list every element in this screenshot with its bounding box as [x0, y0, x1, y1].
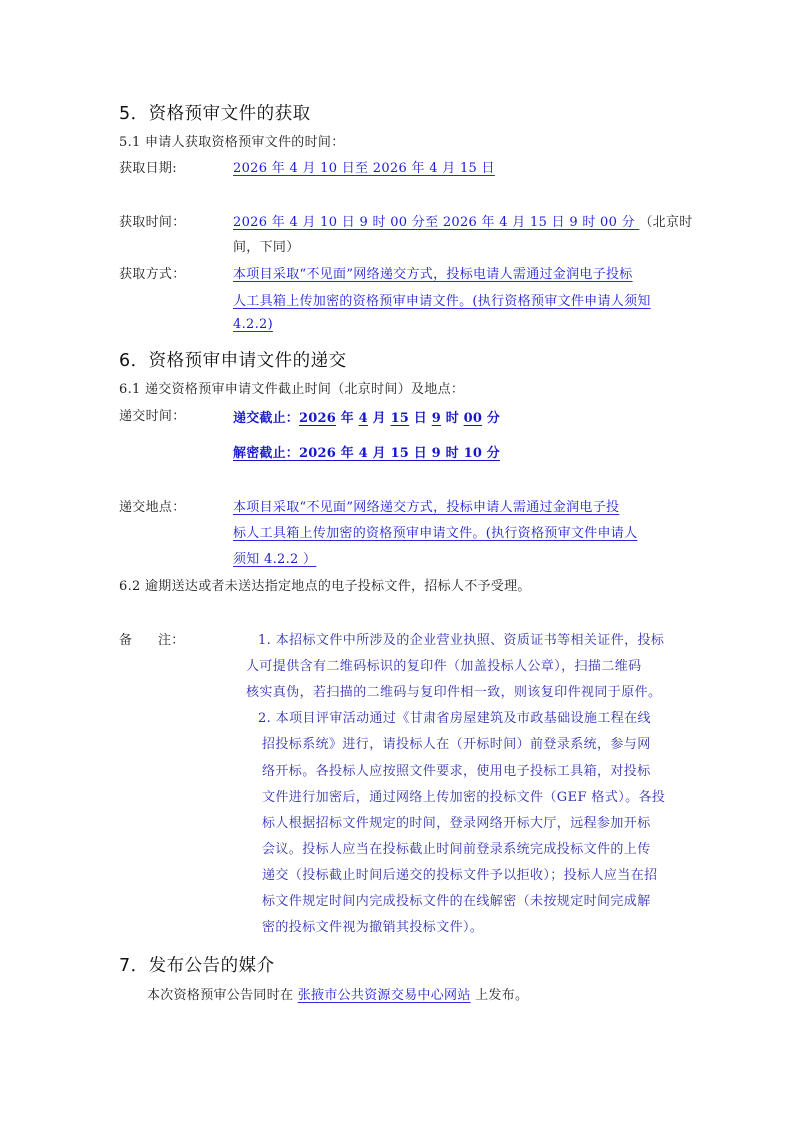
section-6-heading: 6．资格预审申请文件的递交 [119, 347, 347, 372]
submit-minute: 00 [464, 411, 483, 426]
place-link-line-1[interactable]: 本项目采取“不见面”网络递交方式，投标申请人需通过金润电子投 [233, 496, 619, 515]
remark-line-1: 1. 本招标文件中所涉及的企业营业执照、资质证书等相关证件，投标 [258, 629, 664, 648]
remark-line-10: 递交（投标截止时间后递交的投标文件予以拒收）；投标人应当在招 [262, 864, 658, 883]
place-link-line-2[interactable]: 标人工具箱上传加密的资格预审申请文件。(执行资格预审文件申请人 [233, 522, 637, 541]
year-unit: 年 [336, 411, 359, 426]
time-value-link[interactable]: 2026 年 4 月 10 日 9 时 00 分至 2026 年 4 月 15 … [233, 215, 639, 230]
remark-line-3: 核实真伪，若扫描的二维码与复印件相一致，则该复印件视同于原件。 [246, 681, 661, 700]
section-7-text-after: 上发布。 [471, 988, 529, 1003]
remark-line-8: 标人根据招标文件规定的时间，登录网络开标大厅，远程参加开标 [262, 812, 651, 831]
time-suffix-line2: 间，下同） [233, 236, 300, 255]
time-label: 获取时间： [119, 211, 186, 230]
place-link-line-3[interactable]: 须知 4.2.2 ） [233, 548, 316, 567]
remark-line-6: 络开标。各投标人应按照文件要求，使用电子投标工具箱，对投标 [262, 760, 651, 779]
minute-unit: 分 [482, 411, 500, 426]
submit-month: 4 [359, 411, 368, 426]
decrypt-deadline-link[interactable]: 解密截止：2026 年 4 月 15 日 9 时 10 分 [233, 442, 500, 461]
hour-unit: 时 [441, 411, 464, 426]
remark-line-11: 标文件规定时间内完成投标文件的在线解密（未按规定时间完成解 [262, 890, 651, 909]
remark-line-7: 文件进行加密后，通过网络上传加密的投标文件（GEF 格式）。各投 [262, 786, 665, 805]
section-7-heading: 7．发布公告的媒介 [119, 952, 275, 977]
date-value-link[interactable]: 2026 年 4 月 10 日至 2026 年 4 月 15 日 [233, 157, 495, 176]
time-suffix: （北京时 [639, 215, 692, 230]
method-link-line-2[interactable]: 人工具箱上传加密的资格预审申请文件。(执行资格预审文件申请人须知 [233, 290, 651, 309]
zhangye-public-resource-link[interactable]: 张掖市公共资源交易中心网站 [298, 988, 471, 1003]
day-unit: 日 [409, 411, 432, 426]
month-unit: 月 [368, 411, 391, 426]
submit-year: 2026 [299, 411, 336, 426]
remark-line-12: 密的投标文件视为撤销其投标文件）。 [262, 916, 483, 935]
remark-line-9: 会议。投标人应当在投标截止时间前登录系统完成投标文件的上传 [262, 838, 651, 857]
submit-day: 15 [391, 411, 410, 426]
section-7-text-before: 本次资格预审公告同时在 [147, 988, 298, 1003]
submit-time-label: 递交时间： [119, 405, 186, 424]
submit-deadline-prefix: 递交截止： [233, 411, 299, 426]
remark-line-4: 2. 本项目评审活动通过《甘肃省房屋建筑及市政基础设施工程在线 [258, 707, 651, 726]
section-7-text: 本次资格预审公告同时在 张掖市公共资源交易中心网站 上发布。 [147, 984, 528, 1003]
method-link-line-1[interactable]: 本项目采取“不见面”网络递交方式，投标电请人需通过金润电子投标 [233, 263, 633, 282]
section-5-heading: 5．资格预审文件的获取 [119, 100, 311, 125]
submit-deadline[interactable]: 递交截止：2026 年 4 月 15 日 9 时 00 分 [233, 407, 500, 426]
date-label: 获取日期: [119, 157, 177, 176]
remarks-label-1: 备 [119, 629, 132, 648]
section-6-2-text: 6.2 逾期送达或者未送达指定地点的电子投标文件，招标人不予受理。 [119, 575, 531, 594]
section-5-1-text: 5.1 申请人获取资格预审文件的时间： [119, 131, 345, 150]
method-label: 获取方式： [119, 263, 186, 282]
remark-line-2: 人可提供含有二维码标识的复印件（加盖投标人公章），扫描二维码 [246, 655, 642, 674]
remarks-label-2: 注： [158, 629, 185, 648]
submit-place-label: 递交地点： [119, 496, 186, 515]
method-link-line-3[interactable]: 4.2.2) [233, 317, 273, 332]
submit-hour: 9 [432, 411, 441, 426]
time-value-row: 2026 年 4 月 10 日 9 时 00 分至 2026 年 4 月 15 … [233, 211, 693, 230]
remark-line-5: 招投标系统》进行，请投标人在（开标时间）前登录系统，参与网 [262, 733, 651, 752]
section-6-1-text: 6.1 递交资格预审申请文件截止时间（北京时间）及地点： [119, 378, 464, 397]
